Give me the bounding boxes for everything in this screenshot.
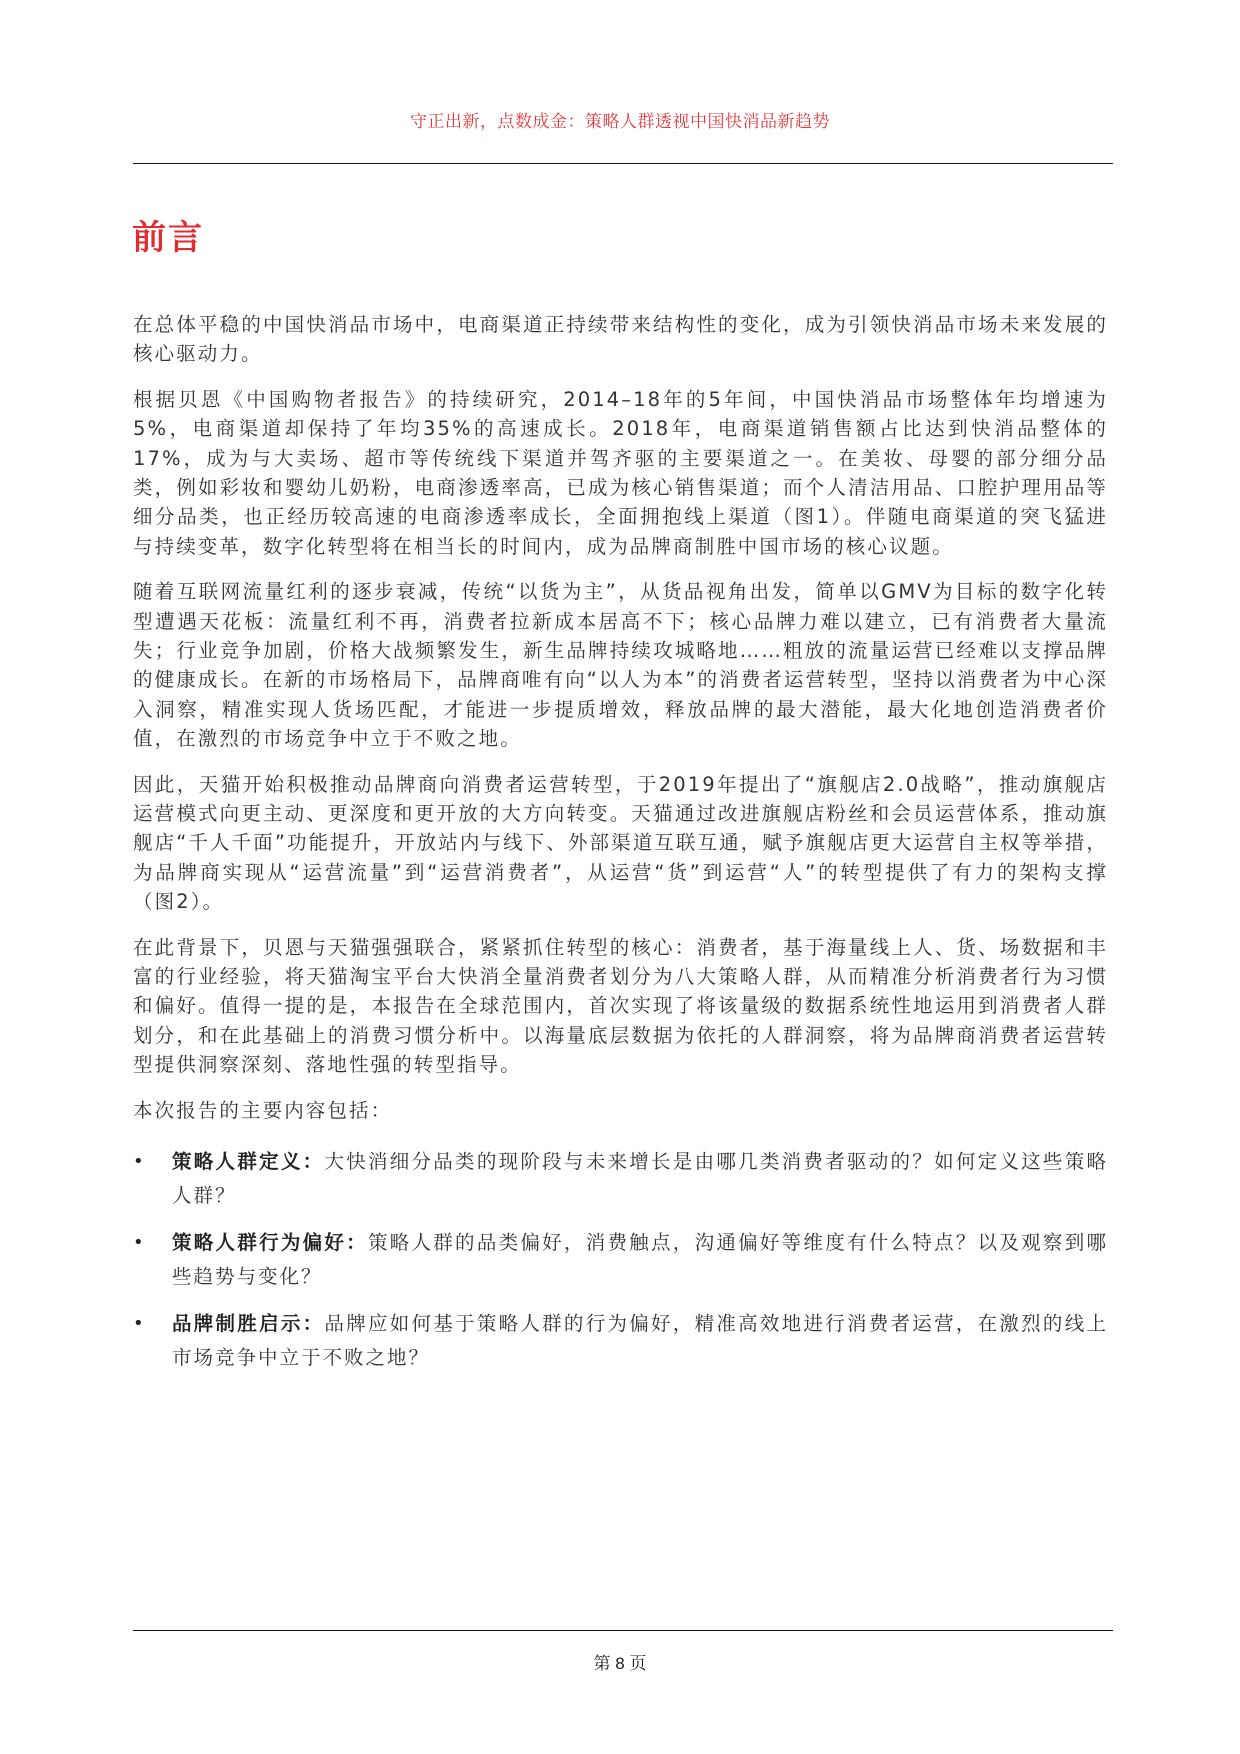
bullet-icon: • [133, 1226, 143, 1260]
paragraph-intro: 在总体平稳的中国快消品市场中，电商渠道正持续带来结构性的变化，成为引领快消品市场… [133, 310, 1108, 369]
list-item: • 品牌制胜启示：品牌应如何基于策略人群的行为偏好，精准高效地进行消费者运营，在… [133, 1307, 1108, 1375]
bullet-term: 策略人群定义： [172, 1150, 324, 1173]
list-item: • 策略人群定义：大快消细分品类的现阶段与未来增长是由哪几类消费者驱动的？如何定… [133, 1145, 1108, 1213]
bullet-term: 策略人群行为偏好： [172, 1231, 368, 1254]
paragraph-tmall-strategy: 因此，天猫开始积极推动品牌商向消费者运营转型，于2019年提出了“旗舰店2.0战… [133, 770, 1108, 916]
header-divider [133, 163, 1113, 164]
footer-divider [133, 1630, 1113, 1631]
paragraph-traffic-decline: 随着互联网流量红利的逐步衰减，传统“以货为主”，从货品视角出发，简单以GMV为目… [133, 577, 1108, 753]
body-text: 在总体平稳的中国快消品市场中，电商渠道正持续带来结构性的变化，成为引领快消品市场… [133, 310, 1108, 1125]
bullet-icon: • [133, 1307, 143, 1341]
bullet-term: 品牌制胜启示： [172, 1312, 324, 1335]
paragraph-market-growth: 根据贝恩《中国购物者报告》的持续研究，2014–18年的5年间，中国快消品市场整… [133, 385, 1108, 561]
bullet-icon: • [133, 1145, 143, 1179]
section-title: 前言 [132, 214, 204, 262]
running-header-title: 守正出新，点数成金：策略人群透视中国快消品新趋势 [0, 109, 1240, 135]
paragraph-bain-tmall: 在此背景下，贝恩与天猫强强联合，紧紧抓住转型的核心：消费者，基于海量线上人、货、… [133, 933, 1108, 1079]
list-item: • 策略人群行为偏好：策略人群的品类偏好，消费触点，沟通偏好等维度有什么特点？以… [133, 1226, 1108, 1294]
page-number: 第 8 页 [0, 1651, 1240, 1677]
contents-intro: 本次报告的主要内容包括： [133, 1096, 1108, 1125]
contents-list: • 策略人群定义：大快消细分品类的现阶段与未来增长是由哪几类消费者驱动的？如何定… [133, 1145, 1108, 1388]
